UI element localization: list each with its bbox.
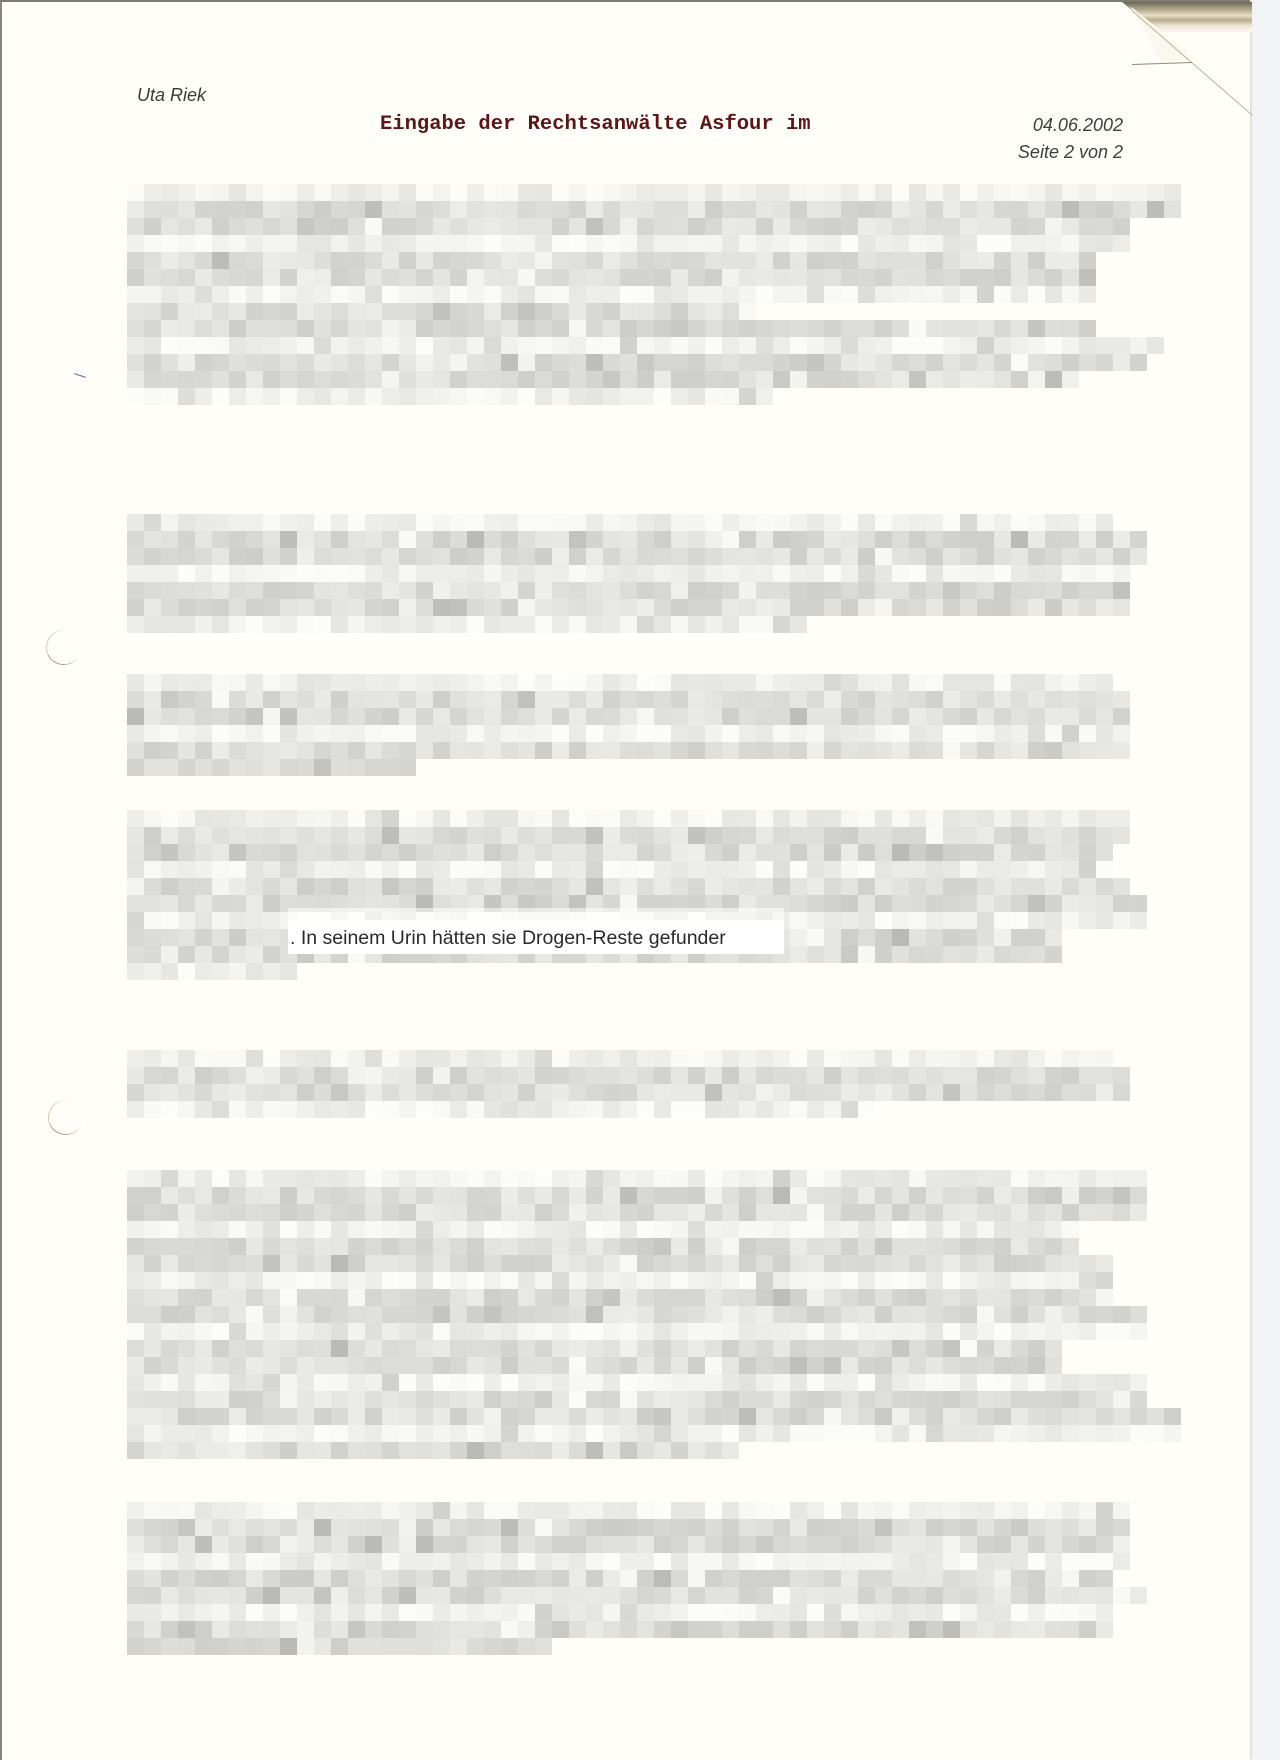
unredacted-sentence: . In seinem Urin hätten sie Drogen-Reste… xyxy=(288,920,784,954)
scanned-page: Uta Riek Eingabe der Rechtsanwälte Asfou… xyxy=(0,0,1250,1760)
redacted-body-text xyxy=(2,2,1252,1760)
unredacted-strip-top xyxy=(288,908,784,920)
